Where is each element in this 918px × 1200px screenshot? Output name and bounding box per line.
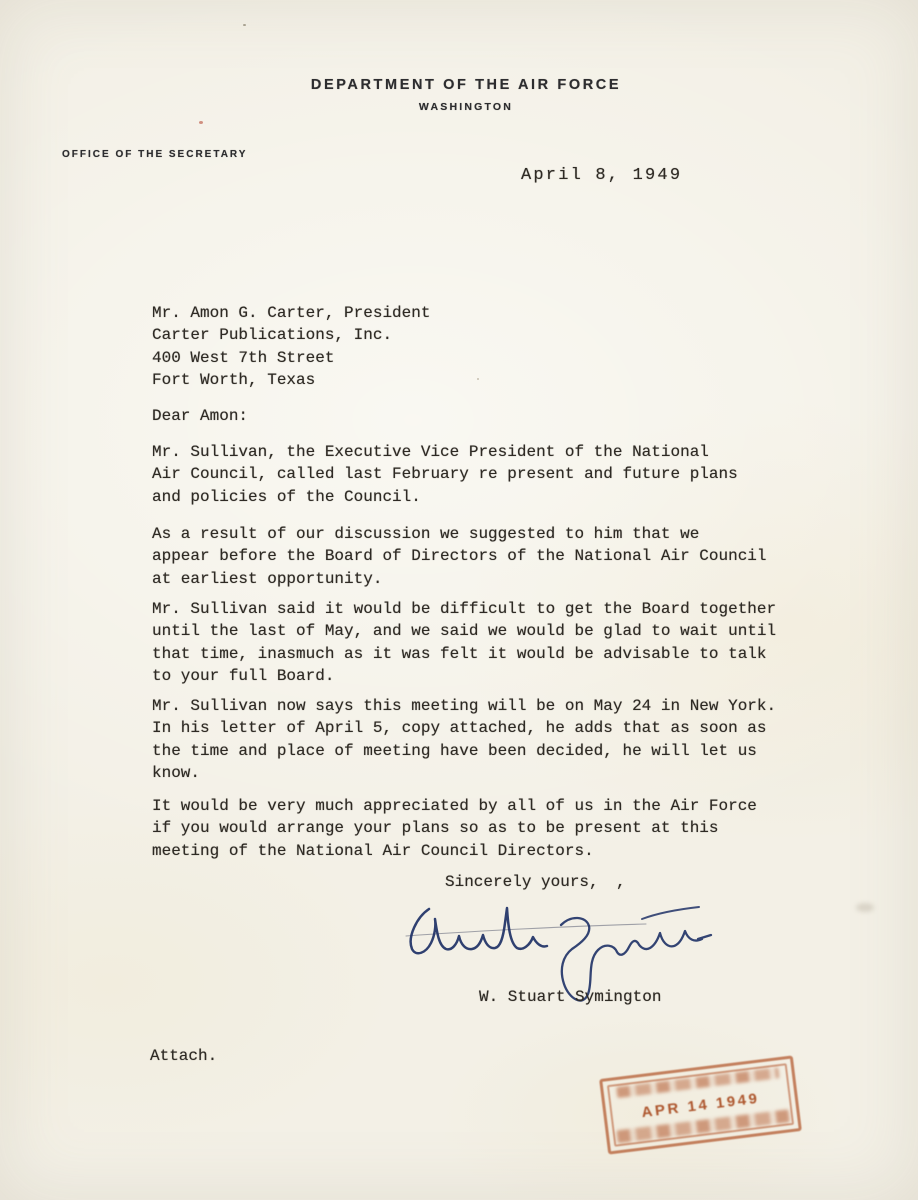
body-paragraph-3: Mr. Sullivan said it would be difficult …	[152, 598, 776, 688]
body-paragraph-2: As a result of our discussion we suggest…	[152, 523, 767, 590]
recipient-address-block: Mr. Amon G. Carter, President Carter Pub…	[152, 302, 430, 392]
signature-pen-line	[406, 924, 646, 936]
scanned-letter-page: DEPARTMENT OF THE AIR FORCE WASHINGTON O…	[0, 0, 918, 1200]
salutation: Dear Amon:	[152, 405, 248, 427]
attachment-note: Attach.	[150, 1045, 217, 1067]
body-paragraph-5: It would be very much appreciated by all…	[152, 795, 757, 862]
letterhead-office-line: OFFICE OF THE SECRETARY	[62, 149, 247, 160]
paper-speck	[199, 121, 203, 124]
stamp-inner-frame: APR 14 1949	[607, 1063, 794, 1147]
paper-speck	[477, 378, 479, 380]
typed-signature-name: W. Stuart Symington	[479, 986, 661, 1008]
signature-t-cross-dash	[642, 907, 699, 919]
letterhead-department: DEPARTMENT OF THE AIR FORCE	[0, 77, 918, 93]
received-date-stamp: APR 14 1949	[599, 1055, 802, 1154]
stray-comma-mark: ,	[616, 871, 626, 893]
body-paragraph-4: Mr. Sullivan now says this meeting will …	[152, 695, 776, 785]
valediction: Sincerely yours,	[445, 871, 599, 893]
letterhead-city: WASHINGTON	[0, 101, 918, 113]
paper-smudge	[856, 903, 874, 912]
body-paragraph-1: Mr. Sullivan, the Executive Vice Preside…	[152, 441, 738, 508]
paper-speck	[243, 24, 246, 26]
date-line: April 8, 1949	[521, 165, 682, 187]
